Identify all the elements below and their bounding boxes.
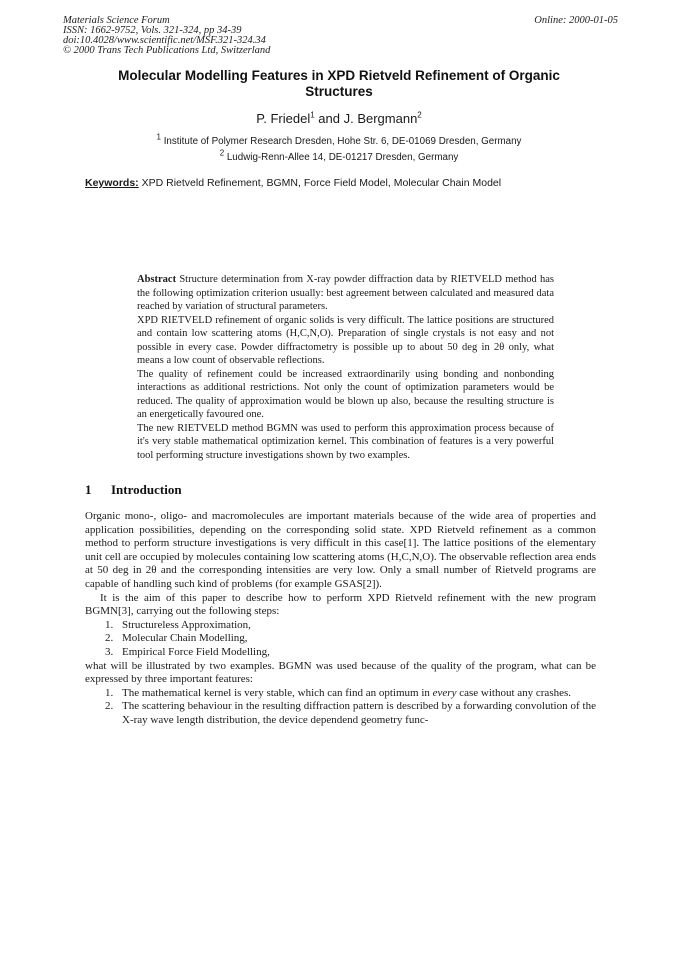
affiliation-2-text: Ludwig-Renn-Allee 14, DE-01217 Dresden, … (224, 152, 458, 163)
list-item-marker: 1. (105, 619, 122, 633)
paper-page: Materials Science Forum ISSN: 1662-9752,… (0, 0, 678, 959)
list-item-text: Molecular Chain Modelling, (122, 632, 596, 646)
author-2-superscript: 2 (417, 111, 421, 120)
list-item-marker: 2. (105, 632, 122, 646)
abstract-paragraph-3: The quality of refinement could be incre… (137, 368, 554, 422)
list-item-marker: 3. (105, 646, 122, 660)
intro-paragraph-3: what will be illustrated by two examples… (85, 660, 596, 687)
author-2: J. Bergmann (344, 111, 418, 126)
feature-1-post: case without any crashes. (456, 687, 571, 699)
intro-paragraph-2: It is the aim of this paper to describe … (85, 592, 596, 619)
abstract-label: Abstract (137, 274, 176, 285)
list-item-text: Structureless Approximation, (122, 619, 596, 633)
online-date: Online: 2000-01-05 (534, 16, 618, 26)
authors-line: P. Friedel1 and J. Bergmann2 (0, 111, 678, 126)
abstract-paragraph-1: Abstract Structure determination from X-… (137, 273, 554, 314)
section-heading-introduction: 1Introduction (85, 482, 678, 498)
abstract-paragraph-2: XPD RIETVELD refinement of organic solid… (137, 314, 554, 368)
list-item-text: The mathematical kernel is very stable, … (122, 687, 596, 701)
list-item: 1. The mathematical kernel is very stabl… (105, 687, 596, 701)
list-item: 2. The scattering behaviour in the resul… (105, 700, 596, 727)
introduction-body: Organic mono-, oligo- and macromolecules… (85, 510, 596, 728)
list-item: 1. Structureless Approximation, (105, 619, 596, 633)
affiliation-1-text: Institute of Polymer Research Dresden, H… (161, 136, 521, 147)
list-item-text: Empirical Force Field Modelling, (122, 646, 596, 660)
abstract-paragraph-4: The new RIETVELD method BGMN was used to… (137, 422, 554, 463)
feature-2-text: The scattering behaviour in the resultin… (122, 700, 596, 726)
intro-paragraph-1: Organic mono-, oligo- and macromolecules… (85, 510, 596, 592)
authors-joiner: and (315, 111, 344, 126)
feature-1-emphasis: every (433, 687, 457, 699)
abstract: Abstract Structure determination from X-… (137, 273, 554, 462)
keywords-label: Keywords: (85, 177, 139, 189)
keywords-value: XPD Rietveld Refinement, BGMN, Force Fie… (139, 177, 501, 189)
abstract-paragraph-1-text: Structure determination from X-ray powde… (137, 274, 554, 312)
journal-header: Materials Science Forum ISSN: 1662-9752,… (63, 16, 618, 56)
list-item-marker: 1. (105, 687, 122, 701)
list-item-text: The scattering behaviour in the resultin… (122, 700, 596, 727)
section-number: 1 (85, 482, 111, 498)
affiliation-2: 2 Ludwig-Renn-Allee 14, DE-01217 Dresden… (0, 152, 678, 163)
paper-title: Molecular Modelling Features in XPD Riet… (104, 68, 574, 99)
steps-list: 1. Structureless Approximation, 2. Molec… (105, 619, 596, 660)
list-item-marker: 2. (105, 700, 122, 727)
journal-header-left: Materials Science Forum ISSN: 1662-9752,… (63, 16, 270, 56)
feature-1-pre: The mathematical kernel is very stable, … (122, 687, 433, 699)
copyright-line: © 2000 Trans Tech Publications Ltd, Swit… (63, 46, 270, 56)
list-item: 2. Molecular Chain Modelling, (105, 632, 596, 646)
author-1: P. Friedel (256, 111, 310, 126)
section-title: Introduction (111, 482, 182, 497)
features-list: 1. The mathematical kernel is very stabl… (105, 687, 596, 728)
list-item: 3. Empirical Force Field Modelling, (105, 646, 596, 660)
affiliation-1: 1 Institute of Polymer Research Dresden,… (0, 136, 678, 147)
keywords-line: Keywords: XPD Rietveld Refinement, BGMN,… (85, 177, 678, 189)
